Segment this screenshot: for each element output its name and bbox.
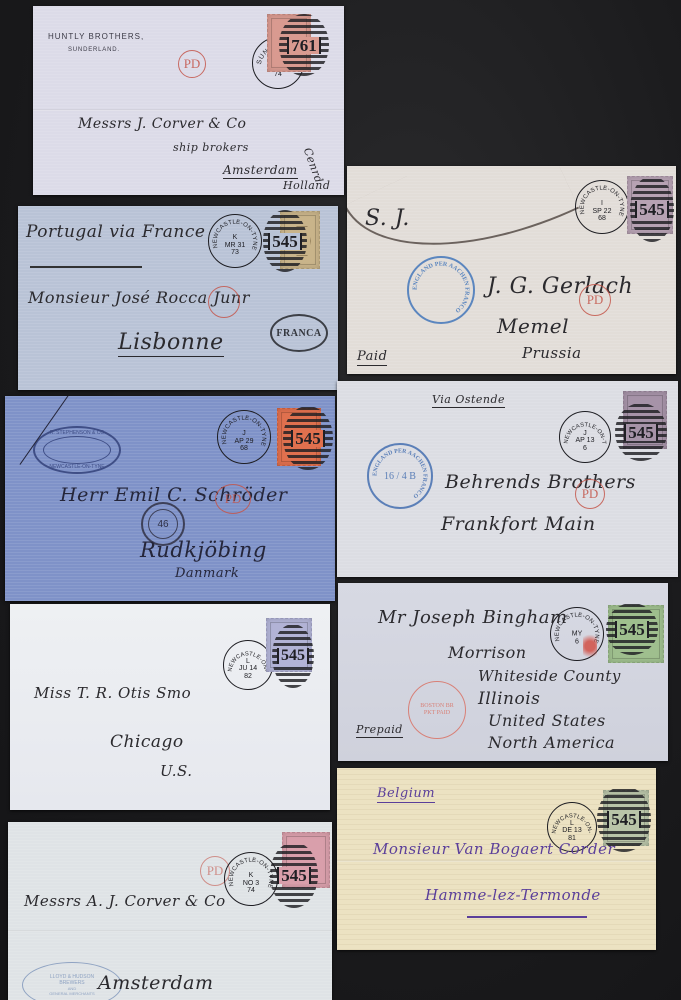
postmark-date: SP 22: [576, 207, 628, 214]
cover-rudkjobing: R. STEPHENSON & CO NEWCASTLE-ON-TYNE NEW…: [5, 396, 335, 601]
boston-paid-handstamp: BOSTON BR PKT PAID: [408, 681, 466, 739]
numeral-killer: 545: [272, 624, 314, 688]
newcastle-postmark: NEWCASTLE-ON-TYNE ISP 2268: [575, 180, 629, 234]
red-crayon-mark: [583, 631, 597, 661]
pd-handstamp: PD: [215, 484, 251, 514]
newcastle-postmark: NEWCASTLE-ON-TYNE JAP 2968: [217, 410, 271, 464]
address-line-4: Illinois: [478, 689, 540, 709]
newcastle-postmark: NEWCASTLE-ON-TYNE KMR 3173: [208, 214, 262, 268]
route-note: Belgium: [377, 786, 435, 803]
postmark-year: 6: [560, 445, 610, 452]
pd-handstamp: PD: [178, 50, 206, 78]
address-line-1: Messrs J. Corver & Co: [78, 116, 246, 132]
franca-handstamp: FRANCA: [270, 314, 328, 352]
numeral-killer: 545: [630, 176, 674, 242]
numeral-killer: 545: [263, 210, 307, 272]
pd-handstamp: PD: [579, 284, 611, 316]
numeral-killer: 545: [283, 406, 333, 470]
address-line-2: ship brokers: [173, 141, 249, 154]
numeral-killer: 545: [606, 603, 658, 655]
pd-handstamp: PD: [575, 479, 605, 509]
address-line-3: U.S.: [160, 762, 193, 780]
cover-amsterdam: PD NEWCASTLE-ON-TYNE KNO 374 545 Messrs …: [8, 822, 332, 1000]
postmark-year: 82: [224, 673, 272, 680]
prepaid-note: Prepaid: [356, 723, 403, 738]
address-line-6: North America: [488, 733, 615, 752]
address-line-3: Danmark: [175, 566, 239, 581]
address-line-2: Frankfort Main: [441, 513, 596, 535]
postmark-date: NO 3: [225, 879, 277, 886]
sender-oval-handstamp: R. STEPHENSON & CO NEWCASTLE-ON-TYNE: [33, 426, 121, 474]
cover-chicago: NEWCASTLE-ON-TYNE LJU 1482 545 Miss T. R…: [10, 604, 330, 810]
address-line-1: Herr Emil C. Schröder: [60, 484, 287, 506]
franca-text: FRANCA: [276, 328, 321, 339]
address-line-1: Miss T. R. Otis Smo: [34, 684, 191, 702]
cover-lisbonne: Portugal via France NEWCASTLE-ON-TYNE KM…: [18, 206, 338, 390]
underline: [30, 266, 142, 268]
address-line-4: Prussia: [522, 344, 582, 362]
address-line-3: Whiteside County: [478, 667, 621, 685]
transit-mark-inner: 16 / 4 B: [369, 471, 431, 482]
numeral-46-text: 46: [157, 519, 168, 530]
fold-line: [337, 860, 656, 862]
underline: [467, 916, 587, 918]
fold-line: [33, 109, 344, 111]
postmark-date: AP 29: [218, 437, 270, 444]
address-line-1: Behrends Brothers: [445, 471, 636, 493]
route-note: Via Ostende: [432, 393, 505, 408]
address-line-3: Amsterdam: [223, 163, 298, 179]
postmark-date: MR 31: [209, 241, 261, 248]
postmark-year: 74: [225, 887, 277, 894]
killer-number: 545: [615, 621, 649, 638]
svg-text:ENGLAND PER AACHEN FRANCO: ENGLAND PER AACHEN FRANCO: [412, 262, 469, 314]
pd-handstamp: PD: [208, 286, 240, 318]
aachen-transit-handstamp: ENGLAND PER AACHEN FRANCO: [407, 256, 475, 324]
letterhead-name: HUNTLY BROTHERS,: [48, 32, 144, 41]
sender-oval-line-1: R. STEPHENSON & CO: [50, 430, 104, 436]
killer-number: 545: [277, 867, 311, 884]
killer-number: 545: [277, 648, 309, 664]
route-note: Portugal via France: [26, 222, 205, 242]
address-line-1: Mr Joseph Bingham: [378, 607, 568, 628]
address-line-2: Hamme-lez-Termonde: [425, 886, 601, 904]
killer-number: 545: [607, 811, 641, 828]
killer-number: 761: [287, 37, 321, 54]
address-line-2: Chicago: [110, 732, 184, 752]
address-line-1: Monsieur Van Bogaert Corder: [373, 840, 615, 858]
address-line-1: Messrs A. J. Corver & Co: [24, 892, 226, 910]
killer-number: 545: [291, 430, 325, 447]
postmark-date: AP 13: [560, 437, 610, 444]
numeral-killer: 545: [615, 403, 667, 461]
postmark-year: 68: [576, 215, 628, 222]
sender-oval-line-2: NEWCASTLE-ON-TYNE: [49, 464, 104, 470]
address-line-2: Lisbonne: [118, 330, 224, 357]
paid-note: Paid: [357, 349, 387, 366]
postmark-code: K: [209, 234, 261, 241]
postmark-date: DE 13: [548, 827, 596, 834]
letterhead-town: SUNDERLAND.: [68, 47, 120, 53]
transit-mark-text: ENGLAND PER AACHEN FRANCO: [412, 262, 469, 314]
postmark-date: JU 14: [224, 665, 272, 672]
postmark-code: L: [224, 658, 272, 665]
address-line-2: Amsterdam: [98, 972, 213, 994]
postmark-code: I: [576, 200, 628, 207]
address-line-2: Rudkjöbing: [140, 538, 267, 562]
address-line-2: J. G. Gerlach: [487, 274, 633, 299]
cover-memel: S. J. ENGLAND PER AACHEN FRANCO NEWCASTL…: [347, 166, 676, 374]
sender-oval-line-4: GENERAL MERCHANTS: [49, 991, 94, 996]
fold-line: [8, 930, 332, 932]
aachen-transit-handstamp: ENGLAND PER AACHEN FRANCO 16 / 4 B: [367, 443, 433, 509]
postmark-year: 68: [218, 445, 270, 452]
newcastle-postmark: NEWCASTLE-ON-TYNE JAP 136: [559, 411, 611, 463]
cover-huntly-brothers: HUNTLY BROTHERS, SUNDERLAND. PD SUNDERLA…: [33, 6, 344, 195]
cover-frankfort: Via Ostende ENGLAND PER AACHEN FRANCO 16…: [337, 381, 678, 577]
cover-illinois: Mr Joseph Bingham NEWCASTLE-ON-TYNE MY6 …: [338, 583, 668, 761]
killer-number: 545: [635, 201, 669, 218]
boston-paid-text: BOSTON BR PKT PAID: [415, 703, 459, 717]
postmark-code: J: [218, 430, 270, 437]
numeral-killer: 545: [270, 842, 318, 908]
numeral-killer: 761: [279, 14, 329, 76]
postmark-code: L: [548, 820, 596, 827]
killer-number: 545: [624, 424, 658, 441]
killer-number: 545: [268, 233, 302, 250]
postmark-code: J: [560, 430, 610, 437]
address-line-2: Morrison: [448, 643, 527, 662]
address-line-3: Memel: [497, 314, 569, 338]
address-line-5: United States: [488, 711, 606, 730]
postmark-year: 73: [209, 249, 261, 256]
cover-belgium: Belgium NEWCASTLE-ON-TYNE LDE 1381 545 M…: [337, 768, 656, 950]
